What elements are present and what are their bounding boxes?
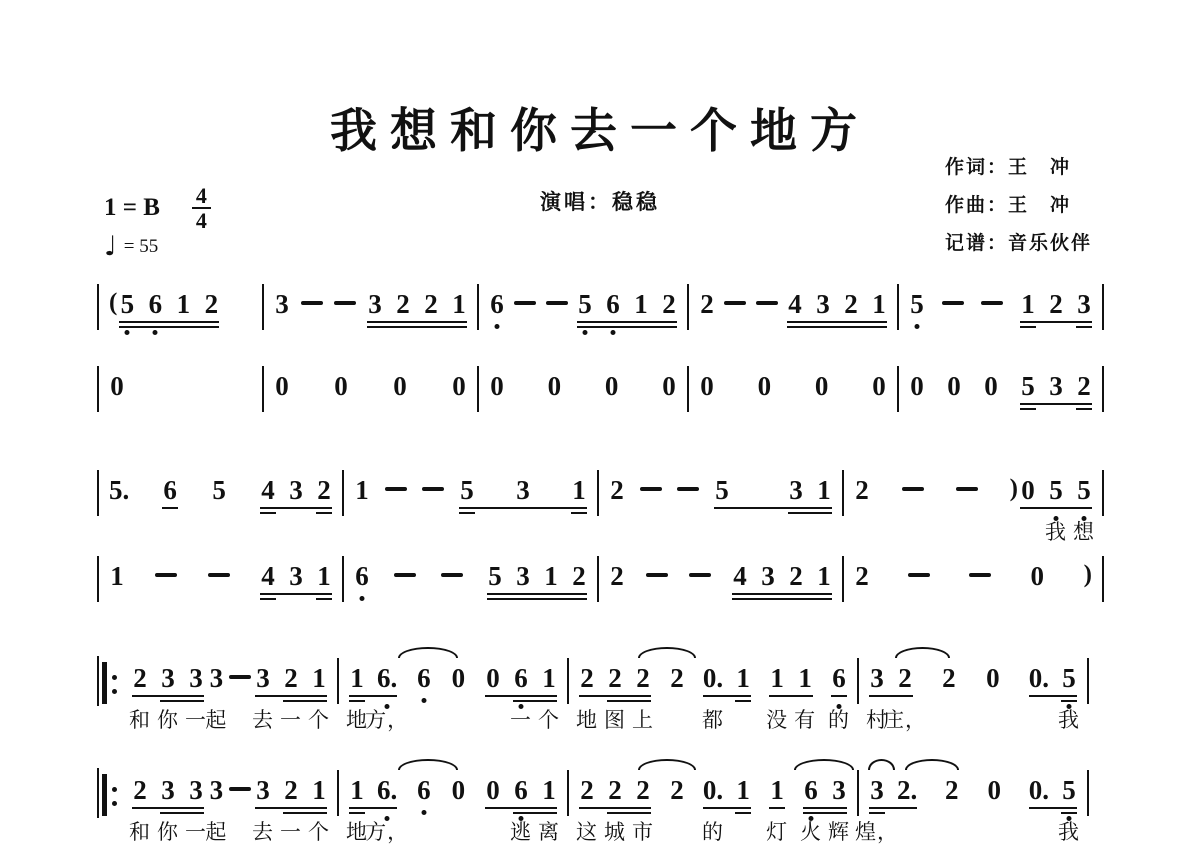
note: 5 xyxy=(119,288,135,320)
note: 3起 xyxy=(208,774,224,806)
beam-line xyxy=(831,695,847,697)
lyric-syllable: 起 xyxy=(205,816,227,848)
beam-line xyxy=(703,695,751,697)
note: 0 xyxy=(450,774,466,806)
beam-group: 4 xyxy=(260,560,276,592)
beam-line xyxy=(349,695,397,697)
beam-group: 2一1个 xyxy=(283,662,327,694)
repeat-thick-bar xyxy=(102,662,107,704)
beam-group: 2和3你3一 xyxy=(132,774,204,806)
repeat-dots xyxy=(112,675,117,694)
note: 0 xyxy=(1029,560,1045,592)
lyric-syllable: 起 xyxy=(205,704,227,736)
note: 0.的 xyxy=(703,774,723,806)
beam-line xyxy=(260,593,332,595)
beam-line xyxy=(1020,507,1092,509)
dash-rest xyxy=(908,573,930,577)
beam-line xyxy=(260,512,276,514)
lyric-syllable: 市 xyxy=(632,816,654,848)
lyric-syllable: 我 xyxy=(1058,816,1080,848)
note: 3村 xyxy=(869,662,885,694)
score-line: 5.65432153125312)05我5想 xyxy=(97,474,1104,516)
beam-group: 0.都1 xyxy=(703,662,751,694)
measure: 24321 xyxy=(599,560,842,592)
beam-line xyxy=(769,807,785,809)
measure: 2和3你3一3起3去2一1个 xyxy=(122,774,337,806)
beam-line xyxy=(162,507,178,509)
beam-line xyxy=(869,695,913,697)
beam-group: 2和3你3一 xyxy=(132,662,204,694)
beam-line xyxy=(283,700,327,702)
lyric-syllable: 和 xyxy=(129,816,151,848)
lyric-syllable: 去 xyxy=(252,816,274,848)
dash-rest xyxy=(334,301,356,305)
measure: 2)05我5想 xyxy=(844,474,1102,506)
note: 2 xyxy=(669,662,685,694)
beam-group: 4321 xyxy=(732,560,832,592)
beam-group: 5612 xyxy=(119,288,219,320)
beam-group: 6逃1离 xyxy=(513,774,557,806)
measure: 2这2城2市20.的11灯6火3辉 xyxy=(569,774,857,806)
beam-group: 4321 xyxy=(787,288,887,320)
score-line: 2和3你3一3起3去2一1个1地6.方，6006逃1离2这2城2市20.的11灯… xyxy=(97,774,1089,818)
barline xyxy=(1087,770,1089,816)
note: 0 xyxy=(489,370,505,402)
note: 2 xyxy=(941,662,957,694)
note: 1 xyxy=(543,560,559,592)
measure: 1531 xyxy=(344,474,597,506)
measure: 20) xyxy=(844,560,1102,592)
beam-line xyxy=(349,812,365,814)
credit-lyricist: 作词：王 冲 xyxy=(945,149,1092,187)
beam-line xyxy=(769,695,813,697)
measure: 1地6.方，6006逃1离 xyxy=(339,774,567,806)
beam-line xyxy=(487,598,587,600)
note: 6 xyxy=(416,774,432,806)
beam-group: 06一1个 xyxy=(485,662,557,694)
beam-line xyxy=(283,812,327,814)
note: 2 xyxy=(423,288,439,320)
note: 2 xyxy=(609,474,625,506)
lyric-syllable: 辉 xyxy=(828,816,850,848)
beam-line xyxy=(1020,403,1092,405)
beam-group: 3去2一1个 xyxy=(255,662,327,694)
lyric-syllable: 一 xyxy=(280,816,302,848)
beam-line xyxy=(788,512,832,514)
sheet-music-page: 我想和你去一个地方 演唱：稳稳 作词：王 冲 作曲：王 冲 记谱：音乐伙伴 1 … xyxy=(0,0,1200,850)
score-line: (56123322165612243215123 xyxy=(97,288,1104,330)
measure: 65312 xyxy=(344,560,597,592)
note: 2图 xyxy=(607,662,623,694)
note: 6 xyxy=(147,288,163,320)
note: 4 xyxy=(260,560,276,592)
note: 1 xyxy=(816,560,832,592)
measure: 5123 xyxy=(899,288,1102,320)
beam-line xyxy=(485,695,557,697)
beam-group: 2 xyxy=(1076,370,1092,402)
note: 0 xyxy=(392,370,408,402)
lyric-syllable: 个 xyxy=(308,816,330,848)
note: 1个 xyxy=(311,774,327,806)
lyric-syllable: 的 xyxy=(828,704,850,736)
unit-row: )05我5想 xyxy=(1010,474,1092,506)
note: 1有 xyxy=(797,662,813,694)
beam-group: 4 xyxy=(260,474,276,506)
measure: 33221 xyxy=(264,288,477,320)
note: 3煌， xyxy=(869,774,885,806)
barline xyxy=(1102,284,1104,330)
beam-group: 531 xyxy=(714,474,832,506)
note: 2一 xyxy=(283,662,299,694)
beam-line xyxy=(459,512,475,514)
lyric-syllable: 一 xyxy=(185,704,207,736)
note: 3 xyxy=(815,288,831,320)
beam-line xyxy=(367,326,467,328)
note: 4 xyxy=(787,288,803,320)
tie-arc xyxy=(398,759,457,770)
repeat-dot xyxy=(112,675,117,680)
note: 3起 xyxy=(208,662,224,694)
dash-rest xyxy=(981,301,1003,305)
dash-rest xyxy=(956,487,978,491)
beam-group: 6的 xyxy=(831,662,847,694)
note: 5 xyxy=(211,474,227,506)
beam-group: 1地6.方， xyxy=(349,774,397,806)
beam-line xyxy=(869,812,885,814)
note: 2 xyxy=(854,474,870,506)
beam-group: 6火3辉 xyxy=(803,774,847,806)
dash-rest xyxy=(677,487,699,491)
beam-line xyxy=(316,512,332,514)
note: 1离 xyxy=(541,774,557,806)
beam-group: 5我 xyxy=(1061,774,1077,806)
note: 3 xyxy=(1048,370,1064,402)
dash-rest xyxy=(640,487,662,491)
measure: 0000 xyxy=(689,370,897,402)
dash-rest xyxy=(301,301,323,305)
note: 0 xyxy=(661,370,677,402)
dash-rest xyxy=(422,487,444,491)
beam-group: 31 xyxy=(788,474,832,506)
dash-rest xyxy=(942,301,964,305)
beam-line xyxy=(316,598,332,600)
note: 6 xyxy=(605,288,621,320)
note: 5 xyxy=(577,288,593,320)
note: 2 xyxy=(788,560,804,592)
note: 5想 xyxy=(1076,474,1092,506)
lyric-syllable: 你 xyxy=(157,704,179,736)
measure: 65612 xyxy=(479,288,687,320)
note: 0 xyxy=(871,370,887,402)
lyric-syllable: 我 xyxy=(1045,516,1067,548)
quarter-note-icon: ♩ xyxy=(104,237,117,257)
note: 5我 xyxy=(1048,474,1064,506)
beam-line xyxy=(1020,321,1092,323)
note: 3去 xyxy=(255,662,271,694)
credit-composer: 作曲：王 冲 xyxy=(945,187,1092,225)
note: 6火 xyxy=(803,774,819,806)
note: 2一 xyxy=(283,774,299,806)
note: 6的 xyxy=(831,662,847,694)
lyric-syllable: 图 xyxy=(604,704,626,736)
unit-row: (5612 xyxy=(109,288,219,320)
beam-line xyxy=(160,812,204,814)
beam-group: 1 xyxy=(571,474,587,506)
beam-line xyxy=(787,326,887,328)
note: 3你 xyxy=(160,774,176,806)
note: 6逃 xyxy=(513,774,529,806)
note: 0 xyxy=(986,774,1002,806)
note: 1个 xyxy=(311,662,327,694)
note: 3 xyxy=(288,474,304,506)
beam-line xyxy=(459,507,587,509)
note: 0 xyxy=(450,662,466,694)
note: 0 xyxy=(451,370,467,402)
note: 1地 xyxy=(349,774,365,806)
beam-group: 5 xyxy=(1020,370,1036,402)
lyric-syllable: 地 xyxy=(576,704,598,736)
tie-arc xyxy=(794,759,854,770)
beam-line xyxy=(579,807,651,809)
note: 0 xyxy=(814,370,830,402)
note: 0 xyxy=(1020,474,1036,506)
dash-rest xyxy=(969,573,991,577)
beam-group: 3煌， xyxy=(869,774,885,806)
lyric-syllable: 个 xyxy=(538,704,560,736)
note: 3 xyxy=(288,560,304,592)
beam-group: 6一1个 xyxy=(513,662,557,694)
note: 3 xyxy=(515,474,531,506)
note: 5. xyxy=(109,474,129,506)
beam-group: 3煌，2. xyxy=(869,774,917,806)
lyric-syllable: 火 xyxy=(800,816,822,848)
note: 3去 xyxy=(255,774,271,806)
note: 2 xyxy=(843,288,859,320)
beam-line xyxy=(703,807,751,809)
beam-line xyxy=(803,812,847,814)
measure: 2531 xyxy=(599,474,842,506)
dash-rest xyxy=(546,301,568,305)
measure: 3村2庄，200.5我 xyxy=(859,662,1087,694)
measure: 0000 xyxy=(479,370,687,402)
beam-group: 0.5我 xyxy=(1029,774,1077,806)
note: 0 xyxy=(109,370,125,402)
beam-group: 5我 xyxy=(1061,662,1077,694)
beam-line xyxy=(487,593,587,595)
note: 0 xyxy=(699,370,715,402)
note: 2 xyxy=(316,474,332,506)
lyric-syllable: 都 xyxy=(702,704,724,736)
parenthesis: ) xyxy=(1084,560,1092,590)
note: 1 xyxy=(1020,288,1036,320)
beam-group: 1地 xyxy=(349,774,365,806)
beam-line xyxy=(119,326,219,328)
score-line: 0000000000000000532 xyxy=(97,370,1104,412)
barline xyxy=(1102,366,1104,412)
note: 1 xyxy=(571,474,587,506)
beam-line xyxy=(735,700,751,702)
note: 2 xyxy=(661,288,677,320)
dash-rest xyxy=(229,675,251,679)
beam-group: 2图2上 xyxy=(607,662,651,694)
lyric-syllable: 逃 xyxy=(510,816,532,848)
note: 2地 xyxy=(579,662,595,694)
note: 3 xyxy=(367,288,383,320)
note: 2. xyxy=(897,774,917,806)
beam-line xyxy=(577,326,677,328)
beam-line xyxy=(513,812,557,814)
note: 1 xyxy=(633,288,649,320)
beam-group: 5312 xyxy=(487,560,587,592)
note: 0 xyxy=(909,370,925,402)
note: 2 xyxy=(669,774,685,806)
beam-group: 431 xyxy=(260,560,332,592)
lyric-syllable: 去 xyxy=(252,704,274,736)
beam-group: 1地 xyxy=(349,662,365,694)
note: 5 xyxy=(487,560,503,592)
note: 6一 xyxy=(513,662,529,694)
beam-group: 3你3一 xyxy=(160,774,204,806)
beam-group: 1 xyxy=(735,774,751,806)
note: 5我 xyxy=(1061,662,1077,694)
note: 2 xyxy=(571,560,587,592)
beam-group: 5612 xyxy=(577,288,677,320)
lyric-syllable: 离 xyxy=(538,816,560,848)
note: 5 xyxy=(459,474,475,506)
beam-group: 0.的1 xyxy=(703,774,751,806)
note: 3 xyxy=(515,560,531,592)
note: 0 xyxy=(946,370,962,402)
note: 0 xyxy=(274,370,290,402)
repeat-dot xyxy=(112,787,117,792)
note: 2 xyxy=(944,774,960,806)
beam-line xyxy=(513,700,557,702)
note: 0 xyxy=(985,662,1001,694)
note: 5我 xyxy=(1061,774,1077,806)
note: 1 xyxy=(175,288,191,320)
parenthesis: ) xyxy=(1010,474,1018,504)
lyric-syllable: 城 xyxy=(604,816,626,848)
beam-line xyxy=(119,321,219,323)
note: 0 xyxy=(983,370,999,402)
note: 0.都 xyxy=(703,662,723,694)
measure: 2地2图2上20.都11没1有6的 xyxy=(569,662,857,694)
note: 2和 xyxy=(132,774,148,806)
beam-group: 123 xyxy=(1020,288,1092,320)
note: 5 xyxy=(714,474,730,506)
measure: 1地6.方，6006一1个 xyxy=(339,662,567,694)
note: 2庄， xyxy=(897,662,913,694)
note: 6 xyxy=(162,474,178,506)
measure: (5612 xyxy=(99,288,262,320)
lyric-syllable: 煌， xyxy=(855,816,899,848)
note: 0. xyxy=(1029,774,1049,806)
barline xyxy=(1102,556,1104,602)
tie-arc xyxy=(895,647,950,658)
beam-line xyxy=(577,321,677,323)
note: 1地 xyxy=(349,662,365,694)
measure: 2和3你3一3起3去2一1个 xyxy=(122,662,337,694)
note: 6 xyxy=(354,560,370,592)
dash-rest xyxy=(756,301,778,305)
note: 4 xyxy=(732,560,748,592)
beam-line xyxy=(367,321,467,323)
note: 5 xyxy=(1020,370,1036,402)
beam-line xyxy=(607,812,651,814)
note: 1 xyxy=(816,474,832,506)
beam-group: 3去2一1个 xyxy=(255,774,327,806)
note: 3 xyxy=(1076,288,1092,320)
dash-rest xyxy=(646,573,668,577)
repeat-sign xyxy=(97,662,117,706)
note: 1 xyxy=(354,474,370,506)
note: 3 xyxy=(788,474,804,506)
lyric-syllable: 的 xyxy=(702,816,724,848)
lyric-syllable: 有 xyxy=(794,704,816,736)
beam-line xyxy=(132,807,204,809)
beam-group: 1灯 xyxy=(769,774,785,806)
beam-group: 531 xyxy=(459,474,587,506)
note: 0 xyxy=(485,662,501,694)
time-signature-numerator: 4 xyxy=(192,184,211,209)
note: 2 xyxy=(203,288,219,320)
measure: 3煌，2.200.5我 xyxy=(859,774,1087,806)
note: 0 xyxy=(333,370,349,402)
lyric-syllable: 灯 xyxy=(766,816,788,848)
lyric-syllable: 个 xyxy=(308,704,330,736)
lyric-syllable: 一 xyxy=(280,704,302,736)
beam-line xyxy=(1020,326,1036,328)
dash-rest xyxy=(229,787,251,791)
tie-arc xyxy=(638,647,696,658)
beam-group: 3村2庄， xyxy=(869,662,913,694)
note: 5 xyxy=(909,288,925,320)
beam-line xyxy=(260,598,276,600)
lyric-syllable: 我 xyxy=(1058,704,1080,736)
beam-line xyxy=(1076,408,1092,410)
lyric-syllable: 一 xyxy=(185,816,207,848)
lyric-syllable: 方， xyxy=(365,816,409,848)
beam-group: 3221 xyxy=(367,288,467,320)
note: 3 xyxy=(760,560,776,592)
note: 1灯 xyxy=(769,774,785,806)
dash-rest xyxy=(208,573,230,577)
beam-line xyxy=(255,807,327,809)
beam-group: 6 xyxy=(162,474,178,506)
tie-arc xyxy=(905,759,960,770)
beam-group: 3 xyxy=(1076,288,1092,320)
lyric-syllable: 庄， xyxy=(883,704,927,736)
repeat-dot xyxy=(112,689,117,694)
note: 2 xyxy=(699,288,715,320)
measure: 0 xyxy=(99,370,262,402)
beam-line xyxy=(607,700,651,702)
dash-rest xyxy=(155,573,177,577)
note: 1 xyxy=(316,560,332,592)
lyric-syllable: 这 xyxy=(576,816,598,848)
beam-line xyxy=(1076,326,1092,328)
barline xyxy=(1087,658,1089,704)
note: 6.方， xyxy=(377,774,397,806)
beam-group: 2一1个 xyxy=(283,774,327,806)
note: 0. xyxy=(1029,662,1049,694)
note: 6 xyxy=(489,288,505,320)
note: 2 xyxy=(395,288,411,320)
dash-rest xyxy=(385,487,407,491)
note: 1 xyxy=(871,288,887,320)
note: 1 xyxy=(451,288,467,320)
beam-line xyxy=(869,807,917,809)
